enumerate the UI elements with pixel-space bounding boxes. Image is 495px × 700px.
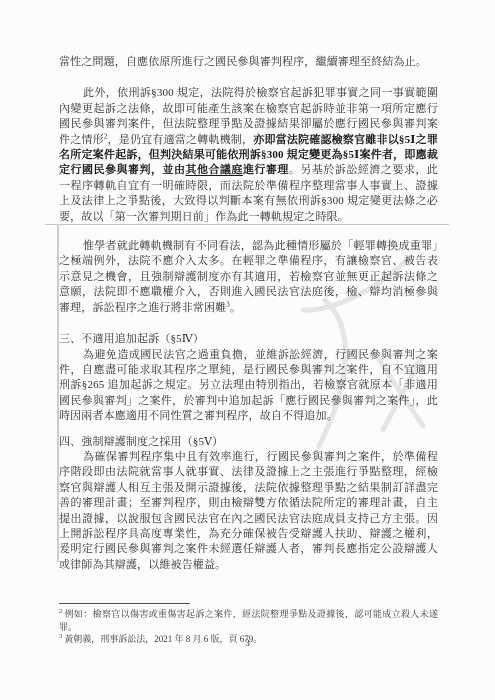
section-heading-no-joinder: 三、不適用追加起訴（§5Ⅳ）	[59, 332, 438, 347]
section-heading-mandatory-defense: 四、強制辯護制度之採用（§5Ⅴ）	[59, 435, 438, 450]
page-number: 3	[0, 639, 495, 649]
paragraph-scholar-view: 惟學者就此轉軌機制有不同看法，認為此種情形屬於「輕罪轉換成重罪」之極端例外，法院…	[59, 239, 438, 316]
footnote-2: 2例如：檢察官以傷害或重傷害起訴之案件，經法院整理爭點及證據後，認可能成立殺人未…	[59, 608, 438, 633]
footnote-separator	[59, 603, 190, 604]
paragraph-continuation: 當性之問題，自應依原所進行之國民參與審判程序，繼續審理至終結為止。	[59, 55, 438, 70]
paragraph-law-change: 此外，依刑訴§300 規定，法院得於檢察官起訴犯罪事實之同一事實範圍內變更起訴之…	[59, 86, 438, 225]
footnote-2-text: 例如：檢察官以傷害或重傷害起訴之案件，經法院整理爭點及證據後，認可能成立殺人未遂…	[59, 609, 438, 632]
paragraph-no-joinder: 為避免造成國民法官之過重負擔，並維訴訟經濟，行國民參與審判之案件，自應盡可能求取…	[59, 348, 438, 425]
paragraph-mandatory-defense: 為確保審判程序集中且有效率進行，行國民參與審判之案件，於準備程序階段即由法院就當…	[59, 450, 438, 573]
page-body: 當性之問題，自應依原所進行之國民參與審判程序，繼續審理至終結為止。 此外，依刑訴…	[59, 55, 438, 573]
document-page: 當性之問題，自應依原所進行之國民參與審判程序，繼續審理至終結為止。 此外，依刑訴…	[0, 0, 495, 700]
footnote-2-marker: 2	[59, 608, 62, 615]
